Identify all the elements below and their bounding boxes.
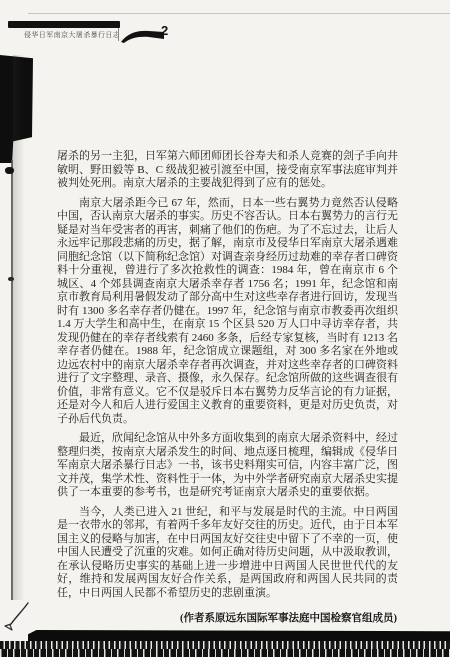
author-attribution: (作者系原远东国际军事法庭中国检察官组成员) [57,612,398,626]
ragged-edge-row [0,649,450,657]
gutter-shadow-line [11,160,13,600]
paragraph: 最近，欣闻纪念馆从中外多方面收集到的南京大屠杀资料中，经过整理归类，按南京大屠杀… [57,432,398,500]
gutter-shadow [13,55,25,600]
header-rule-bar [8,21,120,28]
page-top-edge-line [28,13,450,14]
body-text-block: 屠杀的另一主犯，日军第六师团师团长谷寿夫和杀人竞赛的刽子手向井敏明、野田毅等 B… [57,150,398,626]
ink-blob [5,167,14,174]
ragged-edge-row [0,641,450,649]
header-rule-tick [118,28,119,41]
paragraph: 南京大屠杀距今已 67 年，然而，日本一些右翼势力竟然否认侵略中国，否认南京大屠… [57,197,398,427]
paragraph: 当今，人类已进入 21 世纪，和平与发展是时代的主流。中日两国是一衣带水的邻邦，… [57,506,398,601]
header-swash-icon [121,27,165,43]
page-number: 2 [161,23,168,38]
paragraph-continuation: 屠杀的另一主犯，日军第六师团师团长谷寿夫和杀人竞赛的刽子手向井敏明、野田毅等 B… [57,150,398,191]
pen-arrow-mark [2,601,32,635]
ink-blob [8,277,14,281]
scanned-book-page: 侵华日军南京大屠杀暴行日志 2 屠杀的另一主犯，日军第六师团师团长谷寿夫和杀人竞… [0,0,450,657]
running-title: 侵华日军南京大屠杀暴行日志 [24,30,118,40]
